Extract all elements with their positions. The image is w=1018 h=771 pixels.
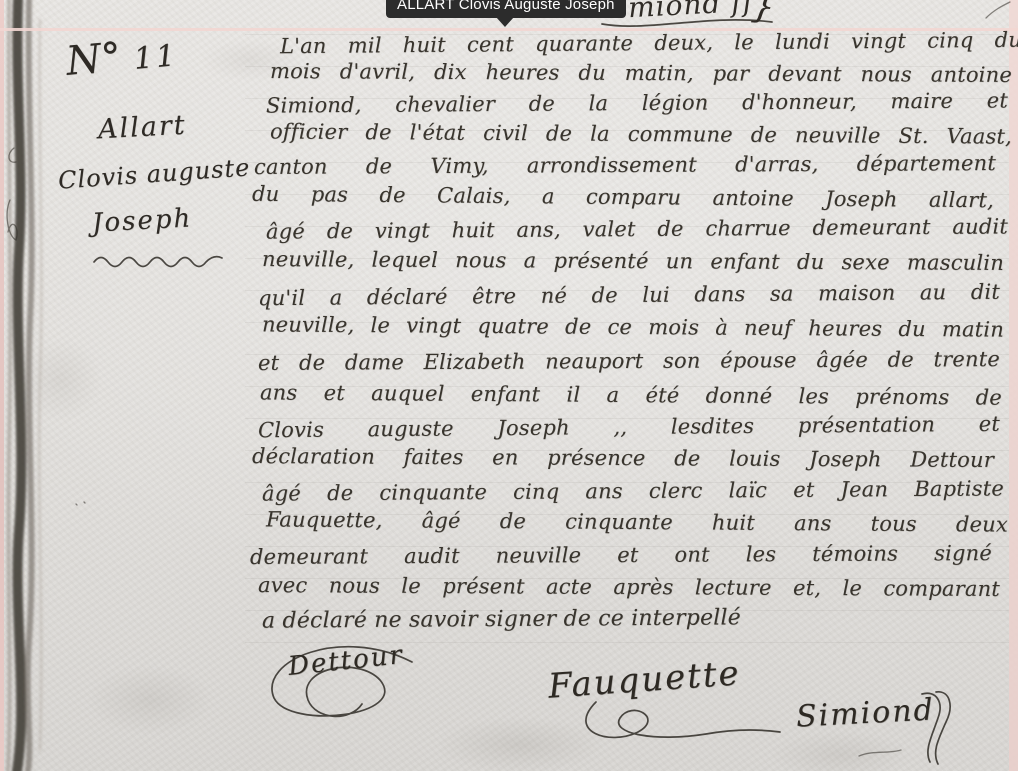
previous-act-bracket: } [749,0,777,28]
act-text-line: officier de l'état civil de la commune d… [270,120,1012,147]
margin-squiggle-underline [92,250,242,270]
previous-signature-fragment: miond ff [627,0,755,24]
act-text-line: demeurant audit neuville et ont les témo… [250,542,992,568]
signature-simiond: Simiond [795,692,935,734]
act-text-line: du pas de Calais, a comparu antoine Jose… [252,183,994,212]
act-number-label: N° [64,34,123,85]
act-text-line: L'an mil huit cent quarante deux, le lun… [280,29,1018,58]
act-text-line: âgé de cinquante cinq ans clerc laïc et … [262,477,1004,504]
act-number-value: 11 [132,38,179,77]
act-text-line: Simiond, chevalier de la légion d'honneu… [266,89,1008,116]
act-text-line: déclaration faites en présence de louis … [252,445,994,471]
act-text-line: Clovis auguste Joseph ,, lesdites présen… [258,413,1000,442]
act-text-line: âgé de vingt huit ans, valet de charrue … [266,215,1008,242]
act-text-line: qu'il a déclaré être né de lui dans sa m… [258,281,1000,310]
act-text-line: Fauquette, âgé de cinquante huit ans tou… [266,508,1008,535]
scan-right-pink-edge [1009,0,1018,771]
act-text-line: ans et auquel enfant il a été donné les … [260,381,1002,408]
act-text-line: mois d'avril, dix heures du matin, par d… [270,60,1012,86]
act-text-line: neuville, lequel nous a présenté un enfa… [262,248,1004,274]
act-text-line: et de dame Elizabeth neauport son épouse… [258,348,1000,374]
signature-dettour: Dettour [287,640,405,682]
signature-fauquette: Fauquette [547,653,742,706]
signature-fauquette-paraph [536,698,786,748]
act-text-line: a déclaré ne savoir signer de ce interpe… [262,606,741,632]
act-number: N° 11 [64,29,179,85]
margin-name-line-2: Clovis auguste [57,153,251,194]
act-text-line: canton de Vimy, arrondissement d'arras, … [254,152,996,178]
act-text-line: neuville, le vingt quatre de ce mois à n… [262,313,1004,340]
record-name-tooltip: ALLART Clovis Auguste Joseph [386,0,626,18]
margin-name-line-1: Allart [97,110,187,146]
bottom-ink-mark [855,744,905,762]
margin-dot-marks [74,498,94,510]
document-scan[interactable]: miond ff } N° 11 Allart Clovis auguste J… [0,0,1018,771]
act-text-line: avec nous le présent acte après lecture … [258,574,1000,600]
binding-edge [2,0,54,771]
margin-name-line-3: Joseph [91,203,193,238]
tooltip-caret [496,17,514,27]
